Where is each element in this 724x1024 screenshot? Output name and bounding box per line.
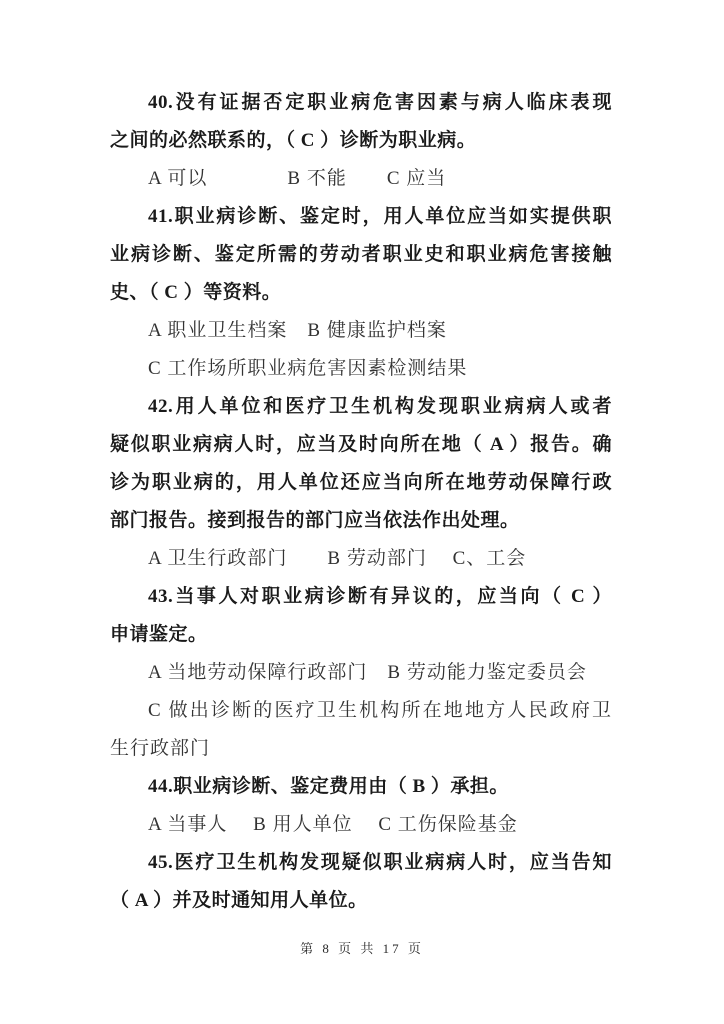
q40-stem-line-2: 之间的必然联系的，（ C ）诊断为职业病。 xyxy=(110,122,612,160)
q45-stem-line-1: 45.医疗卫生机构发现疑似职业病病人时，应当告知 xyxy=(110,844,612,882)
q42-stem-line-3: 诊为职业病的，用人单位还应当向所在地劳动保障行政 xyxy=(110,464,612,502)
q42-stem-line-1: 42.用人单位和医疗卫生机构发现职业病病人或者 xyxy=(110,388,612,426)
page-content: 40.没有证据否定职业病危害因素与病人临床表现 之间的必然联系的，（ C ）诊断… xyxy=(110,84,612,920)
q42-options-line: A 卫生行政部门 B 劳动部门 C、工会 xyxy=(110,540,612,578)
q43-stem-line-2: 申请鉴定。 xyxy=(110,616,612,654)
q44-options-line: A 当事人 B 用人单位 C 工伤保险基金 xyxy=(110,806,612,844)
q41-stem-line-2: 业病诊断、鉴定所需的劳动者职业史和职业病危害接触 xyxy=(110,236,612,274)
q44-stem-line-1: 44.职业病诊断、鉴定费用由（ B ）承担。 xyxy=(110,768,612,806)
q43-options-line-ab: A 当地劳动保障行政部门 B 劳动能力鉴定委员会 xyxy=(110,654,612,692)
q45-stem-line-2: （ A ）并及时通知用人单位。 xyxy=(110,882,612,920)
q43-options-line-c-2: 生行政部门 xyxy=(110,730,612,768)
q41-stem-line-3: 史、（ C ）等资料。 xyxy=(110,274,612,312)
q43-options-line-c-1: C 做出诊断的医疗卫生机构所在地地方人民政府卫 xyxy=(110,692,612,730)
q41-options-line-ab: A 职业卫生档案 B 健康监护档案 xyxy=(110,312,612,350)
q41-stem-line-1: 41.职业病诊断、鉴定时，用人单位应当如实提供职 xyxy=(110,198,612,236)
q40-options-line: A 可以 B 不能 C 应当 xyxy=(110,160,612,198)
q40-stem-line-1: 40.没有证据否定职业病危害因素与病人临床表现 xyxy=(110,84,612,122)
q42-stem-line-2: 疑似职业病病人时，应当及时向所在地（ A ）报告。确 xyxy=(110,426,612,464)
q42-stem-line-4: 部门报告。接到报告的部门应当依法作出处理。 xyxy=(110,502,612,540)
document-page: 40.没有证据否定职业病危害因素与病人临床表现 之间的必然联系的，（ C ）诊断… xyxy=(0,0,724,1024)
q43-stem-line-1: 43.当事人对职业病诊断有异议的，应当向（ C ） xyxy=(110,578,612,616)
q41-options-line-c: C 工作场所职业病危害因素检测结果 xyxy=(110,350,612,388)
page-number-footer: 第 8 页 共 17 页 xyxy=(0,938,724,957)
